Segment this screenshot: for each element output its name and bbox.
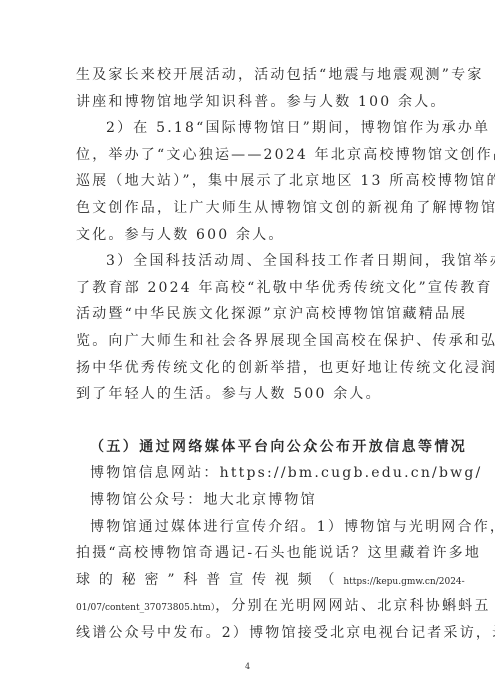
- paragraph-line: 色文创作品，让广大师生从博物馆文创的新视角了解博物馆: [76, 195, 420, 222]
- paragraph-line: 拍摄“高校博物馆奇遇记-石头也能说话？这里藏着许多地: [76, 540, 420, 567]
- page-number: 4: [0, 662, 495, 671]
- paragraph-text: 球 的 秘 密 ” 科 普 宣 传 视 频 （: [76, 572, 337, 588]
- paragraph-line: 01/07/content_37073805.htm），分别在光明网网站、北京科…: [76, 593, 420, 620]
- video-url-link[interactable]: https://kepu.gmw.cn/2024-: [343, 577, 464, 587]
- wechat-line: 博物馆公众号：地大北京博物馆: [76, 487, 420, 514]
- website-line: 博物馆信息网站：https://bm.cugb.edu.cn/bwg/: [76, 460, 420, 487]
- paragraph-line: 位，举办了“文心独运——2024 年北京高校博物馆文创作品: [76, 142, 420, 169]
- video-url-link[interactable]: 01/07/content_37073805.htm）: [76, 603, 215, 613]
- paragraph-text: ，分别在光明网网站、北京科协蝌蚪五: [215, 598, 490, 614]
- section-heading: （五）通过网络媒体平台向公众公布开放信息等情况: [76, 434, 420, 461]
- paragraph-line: 3）全国科技活动周、全国科技工作者日期间，我馆举办: [76, 248, 420, 275]
- paragraph-line: 球 的 秘 密 ” 科 普 宣 传 视 频 （ https://kepu.gmw…: [76, 567, 420, 594]
- spacer: [76, 408, 420, 434]
- paragraph-line: 线谱公众号中发布。2）博物馆接受北京电视台记者采访，录: [76, 620, 420, 647]
- document-page: 生及家长来校开展活动，活动包括“地震与地震观测”专家 讲座和博物馆地学知识科普。…: [76, 62, 420, 646]
- paragraph-line: 巡展（地大站）”，集中展示了北京地区 13 所高校博物馆的特: [76, 168, 420, 195]
- paragraph-line: 活动暨“中华民族文化探源”京沪高校博物馆馆藏精品展: [76, 301, 420, 328]
- paragraph-line: 生及家长来校开展活动，活动包括“地震与地震观测”专家: [76, 62, 420, 89]
- paragraph-line: 讲座和博物馆地学知识科普。参与人数 100 余人。: [76, 89, 420, 116]
- paragraph-line: 到了年轻人的生活。参与人数 500 余人。: [76, 381, 420, 408]
- paragraph-line: 了教育部 2024 年高校“礼敬中华优秀传统文化”宣传教育: [76, 275, 420, 302]
- paragraph-line: 扬中华优秀传统文化的创新举措，也更好地让传统文化浸润: [76, 355, 420, 382]
- paragraph-line: 2）在 5.18“国际博物馆日”期间，博物馆作为承办单: [76, 115, 420, 142]
- paragraph-line: 览。向广大师生和社会各界展现全国高校在保护、传承和弘: [76, 328, 420, 355]
- paragraph-line: 博物馆通过媒体进行宣传介绍。1）博物馆与光明网合作，: [76, 514, 420, 541]
- paragraph-line: 文化。参与人数 600 余人。: [76, 222, 420, 249]
